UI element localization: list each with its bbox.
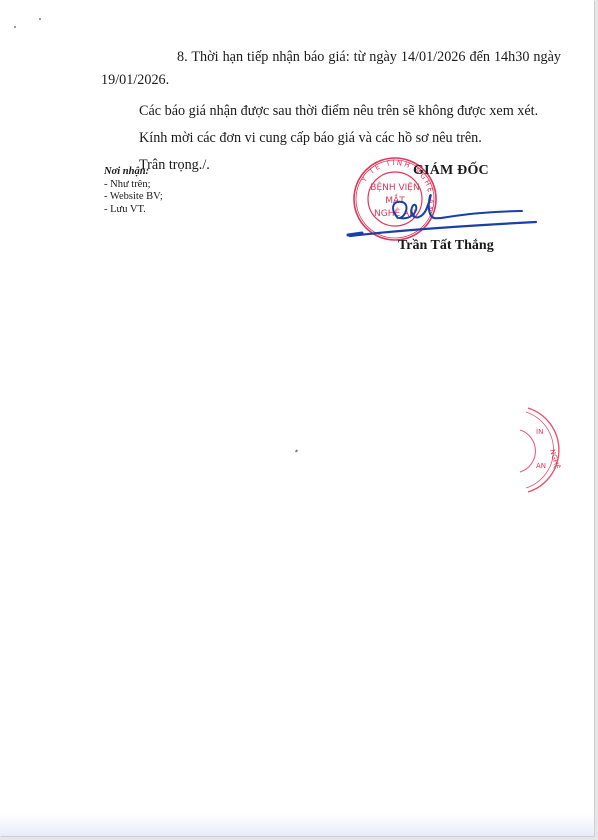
recipients-block: Nơi nhận: - Như trên; - Website BV; - Lư… (104, 166, 163, 216)
partial-stamp-icon: NGHỆ ÌN AN (520, 400, 580, 500)
handwritten-signature-icon (340, 188, 540, 238)
signer-title: GIÁM ĐỐC (413, 163, 489, 179)
recipient-item: - Website BV; (104, 191, 163, 204)
item-8-line-1: 8. Thời hạn tiếp nhận báo giá: từ ngày 1… (139, 46, 561, 69)
recipient-item: - Lưu VT. (104, 204, 163, 217)
scan-artifact (0, 814, 594, 836)
recipient-item: - Như trên; (104, 179, 163, 192)
scan-speck (39, 18, 41, 20)
scan-speck (295, 449, 298, 453)
signer-name: Trần Tất Thắng (398, 238, 494, 254)
partial-stamp-text-2: AN (536, 462, 546, 470)
signature-block: Y TẾ TỈNH NGHỆ AN BỆNH VIỆN MẮT NGHỆ AN … (340, 150, 540, 270)
document-page: 8. Thời hạn tiếp nhận báo giá: từ ngày 1… (0, 0, 594, 836)
invitation-paragraph: Kính mời các đơn vi cung cấp báo giá và … (101, 127, 561, 150)
partial-stamp-text-1: ÌN (536, 427, 543, 436)
item-8-line-2: 19/01/2026. (101, 69, 561, 92)
item-8-deadline: 8. Thời hạn tiếp nhận báo giá: từ ngày 1… (101, 46, 561, 69)
recipients-heading: Nơi nhận: (104, 166, 163, 179)
notice-paragraph: Các báo giá nhận được sau thời điểm nêu … (101, 100, 561, 123)
scan-speck (14, 26, 16, 28)
